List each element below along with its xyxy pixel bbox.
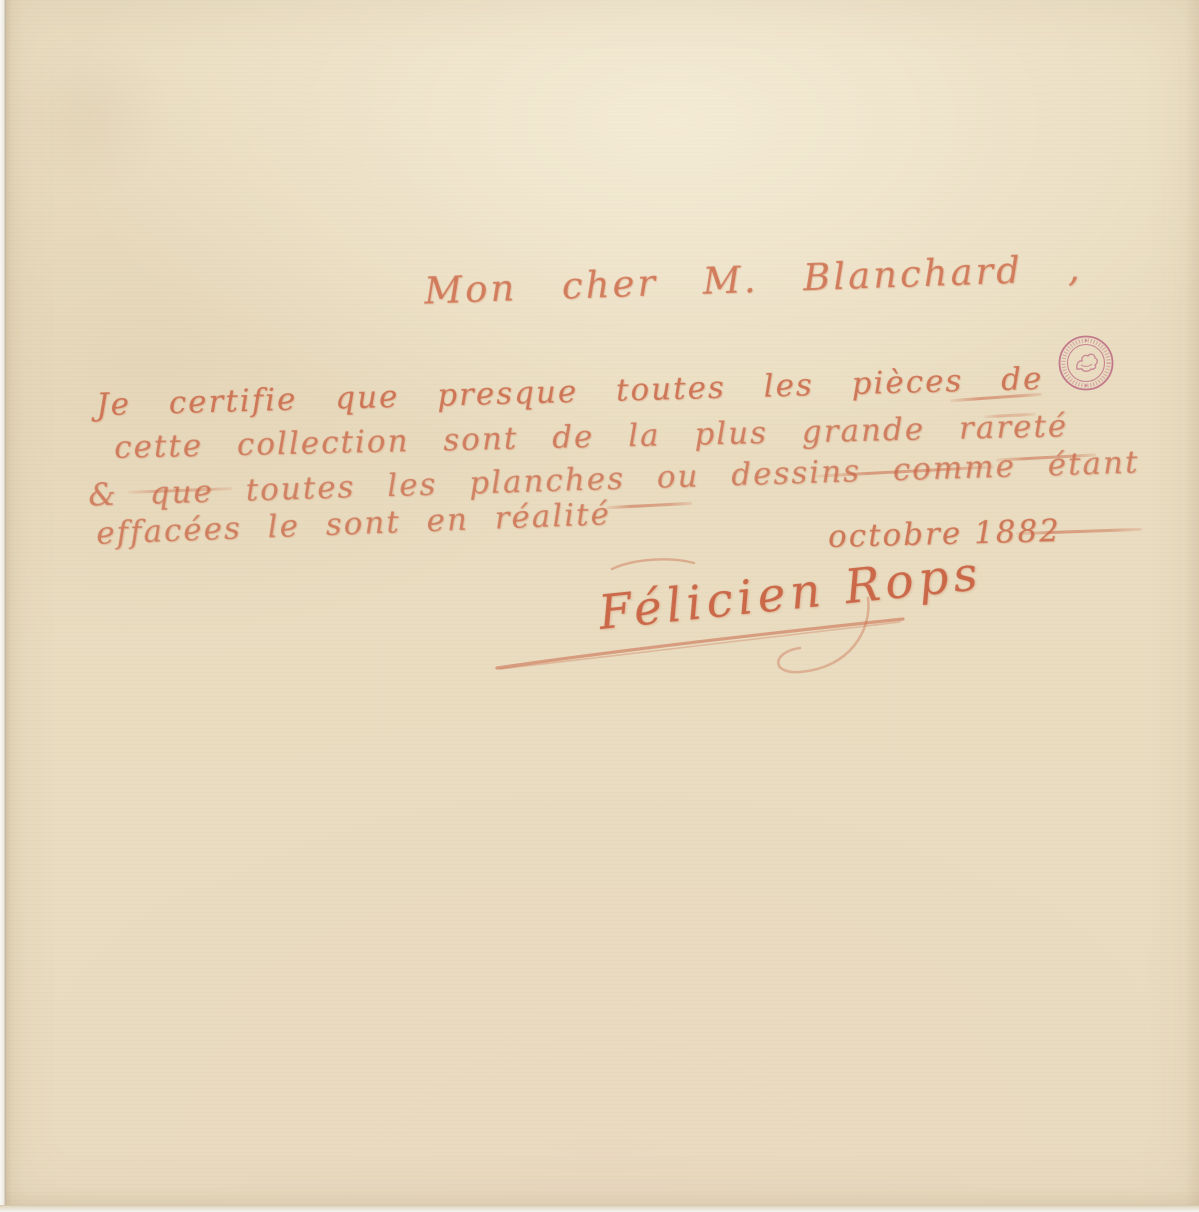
scanned-letter-page: Mon cher M. Blanchard , Je certifie que … xyxy=(0,0,1199,1212)
paper-sheet xyxy=(6,0,1199,1205)
scan-edge-left xyxy=(0,0,6,1212)
scan-edge-bottom xyxy=(0,1205,1199,1212)
